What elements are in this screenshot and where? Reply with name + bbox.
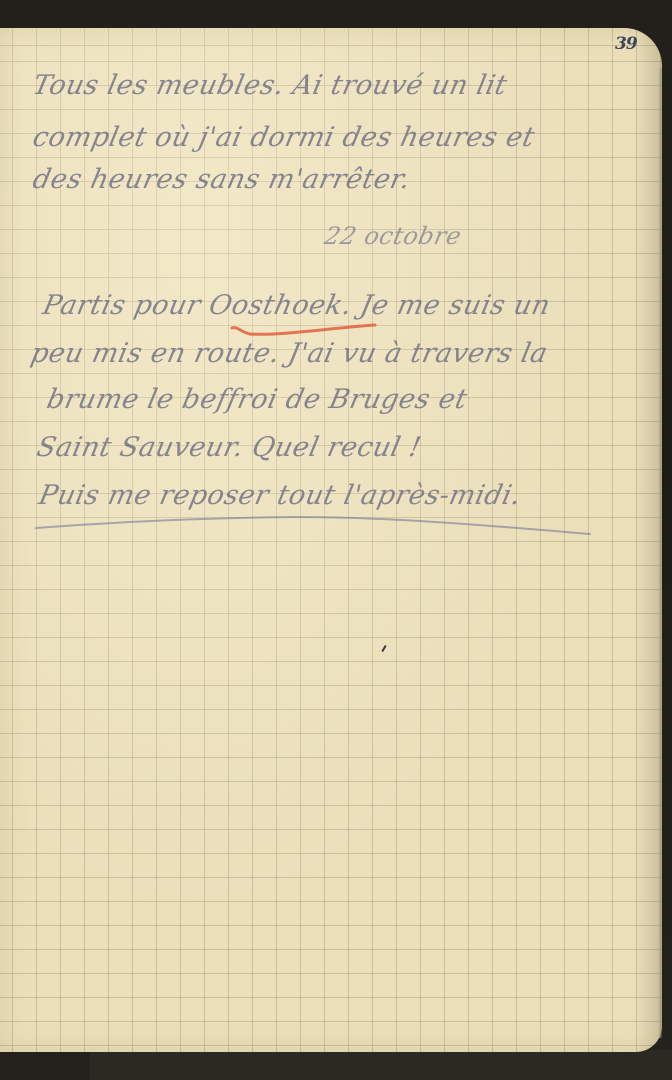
back-cover (90, 1050, 672, 1080)
handwritten-line-5: Partis pour Oosthoek. Je me suis un (40, 290, 553, 321)
handwritten-line-9: Puis me reposer tout l'après-midi. (36, 480, 524, 511)
pencil-rule (34, 512, 594, 542)
date-heading: 22 octobre (322, 222, 464, 250)
page-number: 39 (615, 34, 637, 54)
scan-background: 39 Tous les meubles. Ai trouvé un lit co… (0, 0, 672, 1080)
handwritten-line-3: des heures sans m'arrêter. (30, 164, 413, 195)
handwritten-line-8: Saint Sauveur. Quel recul ! (34, 432, 424, 463)
handwritten-line-1: Tous les meubles. Ai trouvé un lit (30, 70, 510, 101)
handwritten-line-2: complet où j'ai dormi des heures et (30, 122, 538, 153)
handwritten-line-7: brume le beffroi de Bruges et (44, 384, 470, 415)
handwritten-line-6: peu mis en route. J'ai vu à travers la (28, 338, 551, 369)
page-edge (658, 68, 662, 1038)
